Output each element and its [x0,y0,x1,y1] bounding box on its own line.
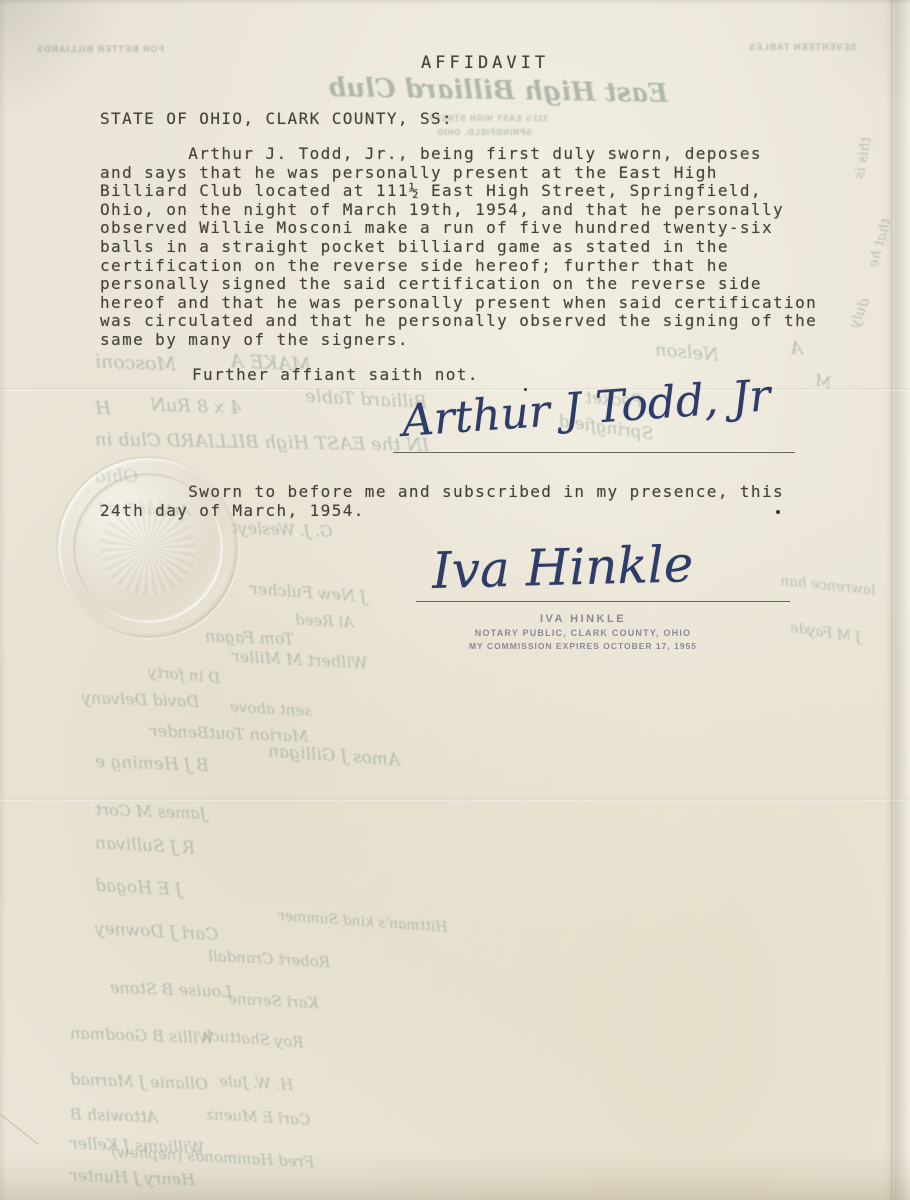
bleedthrough-fragment: duly [847,296,873,330]
bleedthrough-fragment: H. W. Jule [219,1072,294,1094]
notary-signature-line [416,601,790,602]
bleedthrough-fragment: IN the EAST High BILLIARD Club in [95,429,429,456]
bleedthrough-fragment: lawrence han [779,573,876,599]
bleedthrough-fragment: sent above [230,698,313,720]
bleedthrough-fragment: Wilbert M Miller [232,646,368,672]
paper-edge-line [891,0,892,1200]
bleedthrough-fragment: G. J. Wesleyt [232,518,333,540]
bleedthrough-fragment: Attowish B [70,1104,159,1126]
bleedthrough-fragment: J E Hogad [95,876,183,901]
bleedthrough-fragment: FOR BETTER BILLIARDS [36,44,164,54]
affidavit-body-line: Billiard Club located at 111½ East High … [100,182,817,201]
bleedthrough-fragment: James M Cort [95,800,207,823]
bleedthrough-fragment: J New Fulcher [249,579,367,606]
affidavit-body-line: was circulated and that he personally ob… [100,312,817,331]
bleedthrough-fragment: Ollanie J Marnad [70,1070,209,1094]
bleedthrough-fragment: J M Fayde [789,620,862,646]
notary-stamp: IVA HINKLE NOTARY PUBLIC, CLARK COUNTY, … [433,613,733,651]
bleedthrough-fragment: Mosconi [95,351,177,376]
bleedthrough-fragment: 4 x 8 RuN [150,394,242,418]
affidavit-body-line: hereof and that he was personally presen… [100,294,817,313]
bleedthrough-fragment: David Delvany [82,688,200,711]
affidavit-body-line: Ohio, on the night of March 19th, 1954, … [100,201,817,220]
bleedthrough-fragment: R J Sullivan [95,833,196,858]
bleedthrough-fragment: SPRINGFIELD, OHIO [436,128,532,137]
notary-stamp-commission: MY COMMISSION EXPIRES OCTOBER 17, 1955 [433,641,733,651]
bleedthrough-fragment: Fred Hammonds (nephew) [111,1143,315,1172]
bleedthrough-fragment: Carl E Muenz [206,1105,311,1128]
bleedthrough-fragment: this is [852,136,875,181]
fold-line-lower [0,798,910,801]
document-title: AFFIDAVIT [421,54,549,73]
scanned-affidavit-page: FOR BETTER BILLIARDSSEVENTEEN TABLESEast… [0,0,910,1200]
corner-crease [0,1112,39,1146]
bleedthrough-fragment: East High Billiard Club [328,73,668,109]
sworn-line-1: Sworn to before me and subscribed in my … [100,482,784,501]
bleedthrough-fragment: Karl Serane [228,990,320,1013]
fold-line-upper [0,388,910,391]
jurisdiction-line: STATE OF OHIO, CLARK COUNTY, SS: [100,110,453,129]
affiant-signature-line [393,452,795,453]
affidavit-body: Arthur J. Todd, Jr., being first duly sw… [100,145,817,350]
notary-stamp-title: NOTARY PUBLIC, CLARK COUNTY, OHIO [433,628,733,638]
sworn-statement: Sworn to before me and subscribed in my … [100,483,784,520]
bleedthrough-fragment: Willis B Goodman [70,1023,215,1047]
bleedthrough-fragment: Al Reed [295,610,355,631]
bleedthrough-fragment: Tom Fagan [205,626,295,648]
ink-speck [776,510,780,514]
affidavit-body-line: same by many of the signers. [100,331,817,350]
bleedthrough-fragment: H [95,398,111,419]
affidavit-body-line: and says that he was personally present … [100,164,817,183]
bleedthrough-fragment: Hittman's kind Summer [278,908,448,936]
bleedthrough-fragment: Roy Shattuck [201,1026,304,1051]
sworn-line-2: 24th day of March, 1954. [100,501,365,520]
bleedthrough-fragment: Henry J Hunter [70,1166,196,1189]
bleedthrough-fragment: D in forty [147,663,221,687]
affidavit-body-line: observed Willie Mosconi make a run of fi… [100,219,817,238]
closing-line: Further affiant saith not. [192,366,479,385]
affidavit-body-line: Arthur J. Todd, Jr., being first duly sw… [100,145,817,164]
bleedthrough-fragment: Louise B Stone [110,978,233,1001]
notary-stamp-name: IVA HINKLE [433,613,733,625]
bleedthrough-fragment: Amos J Gilligan [267,741,400,770]
affidavit-body-line: balls in a straight pocket billiard game… [100,238,817,257]
ink-speck [524,388,527,391]
bleedthrough-fragment: Carl J Downey [95,919,219,945]
affidavit-body-line: certification on the reverse side hereof… [100,257,817,276]
bleedthrough-fragment: B J Heming e [95,752,209,776]
affidavit-body-line: personally signed the said certification… [100,275,817,294]
bleedthrough-fragment: Robert Crandall [208,947,331,971]
bleedthrough-fragment: SEVENTEEN TABLES [748,42,856,52]
notary-signature: Iva Hinkle [431,535,694,600]
